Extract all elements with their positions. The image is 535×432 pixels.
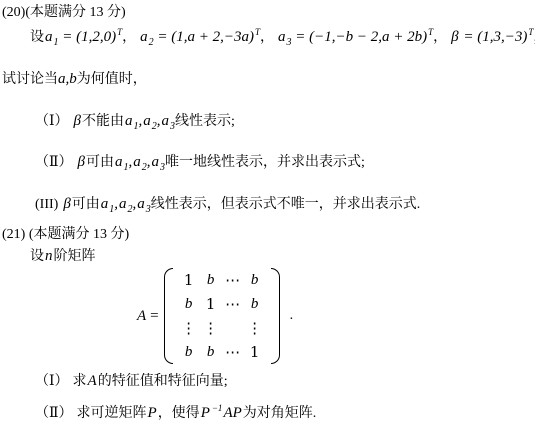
vector-a3-definition: a3 = (−1,−b − 2,a + 2b)T <box>277 29 433 45</box>
matrix-cell-cdots: ⋯ <box>225 271 240 289</box>
matrix-cell: b <box>251 296 259 313</box>
item-tail: 唯一地线性表示，并求出表示式; <box>165 155 365 170</box>
alpha-run: a1,a2,a3 <box>124 113 175 129</box>
vector-a2-definition: a2 = (1,a + 2,−3a)T <box>139 29 260 45</box>
separator: ， <box>122 30 136 45</box>
matrix-cell-cdots: ⋯ <box>225 343 240 361</box>
setup-post: 阶矩阵 <box>54 249 96 264</box>
equals-sign: = <box>150 308 158 325</box>
problem-21-item-2: （Ⅱ）求可逆矩阵P，使得P−1AP为对角矩阵. <box>35 404 316 423</box>
matrix-cell: b <box>207 272 215 289</box>
problem-20-item-3: (III)β可由a1,a2,a3线性表示，但表示式不唯一，并求出表示式. <box>35 195 420 214</box>
item-tail: 线性表示，但表示式不唯一，并求出表示式. <box>151 197 421 212</box>
problem-20-title: (20)(本题满分 13 分) <box>2 5 126 20</box>
problem-20-setup-line: 设a1 = (1,2,0)T，a2 = (1,a + 2,−3a)T，a3 = … <box>30 28 535 47</box>
matrix-cell-vdots: ⋮ <box>181 319 196 337</box>
beta-symbol: β <box>74 113 81 129</box>
matrix-cell: b <box>185 344 193 361</box>
problem-21-setup-line: 设n阶矩阵 <box>30 247 96 266</box>
item-post: 为对角矩阵. <box>243 406 317 421</box>
item-tail: 线性表示; <box>175 114 235 129</box>
question-post: 为何值时， <box>77 72 147 87</box>
n-variable: n <box>45 248 53 264</box>
matrix-cell-cdots: ⋯ <box>225 295 240 313</box>
vector-a1-definition: a1 = (1,2,0)T <box>44 29 122 45</box>
item-mid: ，使得 <box>158 406 200 421</box>
matrix-display: A = 1 b ⋯ b b 1 ⋯ b ⋮ ⋮ ⋮ b b ⋯ 1 . <box>137 268 293 364</box>
matrix-a-variable: A <box>88 373 97 389</box>
problem-21-title: (21) (本题满分 13 分) <box>2 227 129 242</box>
item-label: （Ⅰ） <box>35 374 69 389</box>
item-label: （Ⅱ） <box>35 155 73 170</box>
item-text: 可由 <box>72 197 100 212</box>
matrix-lhs-variable: A <box>137 308 146 325</box>
problem-20-item-2: （Ⅱ）β可由a1,a2,a3唯一地线性表示，并求出表示式; <box>35 153 365 172</box>
exam-document-page: (20)(本题满分 13 分) 设a1 = (1,2,0)T，a2 = (1,a… <box>0 0 535 432</box>
item-post: 的特征值和特征向量; <box>98 374 228 389</box>
item-text: 不能由 <box>82 114 124 129</box>
alpha-run: a1,a2,a3 <box>114 154 165 170</box>
matrix-cell: b <box>207 344 215 361</box>
item-label: （Ⅱ） <box>35 406 73 421</box>
setup-prefix: 设 <box>30 249 44 264</box>
problem-20-question-line: 试讨论当a,b为何值时， <box>2 70 147 89</box>
problem-21-item-1: （Ⅰ）求A的特征值和特征向量; <box>35 372 228 391</box>
left-parenthesis <box>164 268 173 364</box>
alpha-run: a1,a2,a3 <box>100 196 151 212</box>
matrix-cell: 1 <box>250 343 260 361</box>
item-label: （Ⅰ） <box>35 114 69 129</box>
problem-21-header: (21) (本题满分 13 分) <box>2 226 129 244</box>
item-pre: 求 <box>73 374 87 389</box>
matrix-cell: 1 <box>184 271 194 289</box>
item-text: 可由 <box>86 155 114 170</box>
matrix-period: . <box>290 308 294 324</box>
question-variables: a,b <box>58 71 77 87</box>
matrix-cell: 1 <box>206 295 216 313</box>
item-pre: 求可逆矩阵 <box>77 406 147 421</box>
beta-symbol: β <box>63 196 70 212</box>
separator: ， <box>260 30 274 45</box>
matrix-cell: b <box>251 272 259 289</box>
problem-20-item-1: （Ⅰ）β不能由a1,a2,a3线性表示; <box>35 112 235 131</box>
item-label: (III) <box>35 197 58 212</box>
matrix-cell: b <box>185 296 193 313</box>
question-pre: 试讨论当 <box>2 72 58 87</box>
right-parenthesis <box>271 268 280 364</box>
separator: ， <box>433 30 447 45</box>
matrix-cell-vdots: ⋮ <box>203 319 218 337</box>
matrix-p-variable: P <box>148 405 157 421</box>
matrix-grid: 1 b ⋯ b b 1 ⋯ b ⋮ ⋮ ⋮ b b ⋯ 1 <box>173 268 271 364</box>
setup-prefix: 设 <box>30 30 44 45</box>
matrix-cell-vdots: ⋮ <box>247 319 262 337</box>
vector-beta-definition: β = (1,3,−3)T <box>450 29 533 45</box>
p-inverse-ap-expression: P−1AP <box>200 405 243 421</box>
beta-symbol: β <box>78 154 85 170</box>
problem-20-header: (20)(本题满分 13 分) <box>2 4 126 22</box>
